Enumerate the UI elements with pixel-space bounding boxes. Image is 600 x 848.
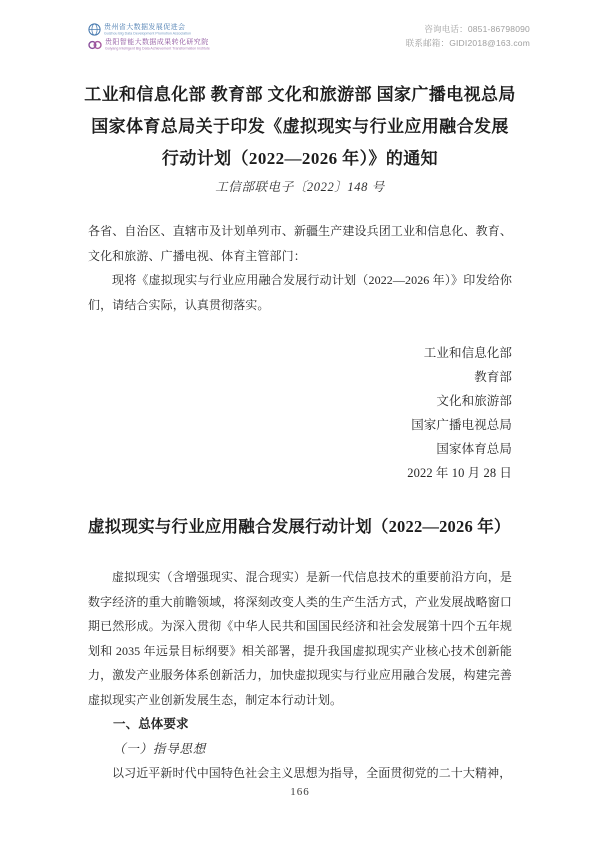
plan-intro-paragraph: 虚拟现实（含增强现实、混合现实）是新一代信息技术的重要前沿方向，是数字经济的重大… xyxy=(88,565,512,712)
subsection-1-heading: （一）指导思想 xyxy=(88,737,512,762)
contact-phone-value: 0851-86798090 xyxy=(468,24,530,34)
document-number: 工信部联电子〔2022〕148 号 xyxy=(0,177,600,197)
signer-moe: 教育部 xyxy=(88,365,512,389)
logo1-org-name: 贵州省大数据发展促进会 xyxy=(104,24,201,31)
header-logos: 贵州省大数据发展促进会 Guizhou Big Data Development… xyxy=(88,23,222,51)
contact-phone-label: 咨询电话： xyxy=(424,24,468,34)
notice-title: 工业和信息化部 教育部 文化和旅游部 国家广播电视总局 国家体育总局关于印发《虚… xyxy=(0,79,600,175)
contact-email-label: 联系邮箱： xyxy=(406,38,450,48)
notice-body-paragraph: 现将《虚拟现实与行业应用融合发展行动计划（2022—2026 年）》印发给你们，… xyxy=(88,268,512,317)
page-number: 166 xyxy=(0,786,600,798)
notice-title-line-3: 行动计划（2022—2026 年）》的通知 xyxy=(0,143,600,175)
logo-guiyang-bigdata-institute: 贵阳智能大数据成果转化研究院 Guiyang Intelligent Big D… xyxy=(88,39,222,51)
interlocked-rings-icon xyxy=(88,39,102,51)
contact-phone-line: 咨询电话：0851-86798090 xyxy=(406,23,530,37)
salutation-paragraph: 各省、自治区、直辖市及计划单列市、新疆生产建设兵团工业和信息化、教育、文化和旅游… xyxy=(88,219,512,268)
page-header: 贵州省大数据发展促进会 Guizhou Big Data Development… xyxy=(0,0,600,65)
logo1-org-subtitle: Guizhou Big Data Development Promotion A… xyxy=(104,32,191,36)
signer-mct: 文化和旅游部 xyxy=(88,389,512,413)
subsection-1-paragraph: 以习近平新时代中国特色社会主义思想为指导，全面贯彻党的二十大精神， xyxy=(88,761,512,786)
header-contact-info: 咨询电话：0851-86798090 联系邮箱：GIDI2018@163.com xyxy=(406,23,530,50)
signature-date: 2022 年 10 月 28 日 xyxy=(88,461,512,485)
signer-gas: 国家体育总局 xyxy=(88,437,512,461)
signature-block: 工业和信息化部 教育部 文化和旅游部 国家广播电视总局 国家体育总局 2022 … xyxy=(88,341,512,485)
logo2-org-name: 贵阳智能大数据成果转化研究院 xyxy=(105,39,222,46)
document-body: 各省、自治区、直辖市及计划单列市、新疆生产建设兵团工业和信息化、教育、文化和旅游… xyxy=(0,219,600,786)
logo2-org-subtitle: Guiyang Intelligent Big Data Achievement… xyxy=(105,47,210,51)
notice-title-line-1: 工业和信息化部 教育部 文化和旅游部 国家广播电视总局 xyxy=(0,79,600,111)
contact-email-value: GIDI2018@163.com xyxy=(449,38,530,48)
contact-email-line: 联系邮箱：GIDI2018@163.com xyxy=(406,37,530,51)
globe-emblem-icon xyxy=(88,23,101,36)
document-page: 贵州省大数据发展促进会 Guizhou Big Data Development… xyxy=(0,0,600,848)
notice-title-line-2: 国家体育总局关于印发《虚拟现实与行业应用融合发展 xyxy=(0,111,600,143)
signer-miit: 工业和信息化部 xyxy=(88,341,512,365)
section-1-heading: 一、总体要求 xyxy=(88,712,512,737)
signer-nrta: 国家广播电视总局 xyxy=(88,413,512,437)
plan-title: 虚拟现实与行业应用融合发展行动计划（2022—2026 年） xyxy=(88,513,512,541)
logo-guizhou-bigdata-association: 贵州省大数据发展促进会 Guizhou Big Data Development… xyxy=(88,23,222,36)
